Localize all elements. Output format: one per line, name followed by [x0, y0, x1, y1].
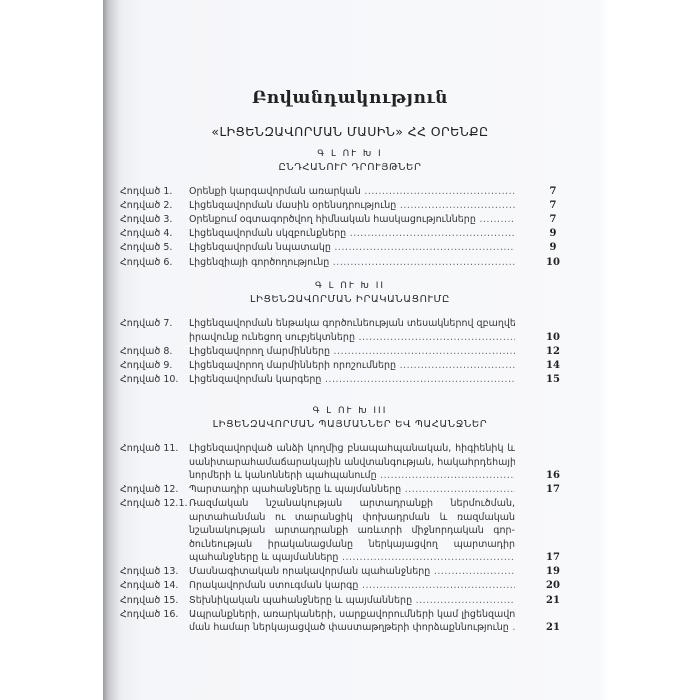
article-title: Որակավորման ստուգման կարգը .............… — [120, 579, 515, 593]
page-number: 9 — [538, 227, 568, 241]
article-title: նորմերի և կանոնների պահպանումը .........… — [120, 469, 515, 483]
dot-leader: ........................................… — [396, 200, 515, 211]
toc-entry[interactable]: Հոդված 2.Լիցենզավորման մասին օրենսդրությ… — [120, 199, 580, 213]
dot-leader: ........................................… — [430, 566, 515, 577]
article-title: Ապրանքների, առարկաների, սարքավորումների … — [120, 608, 515, 622]
article-title: Պարտադիր պահանջները և պայմանները .......… — [120, 483, 515, 497]
toc-entry[interactable]: Հոդված 9.Լիցենզավորող մարմինների որոշում… — [120, 359, 580, 373]
toc-entry[interactable]: Հոդված 12.1.Ռազմական նշանակության արտադր… — [120, 497, 580, 565]
article-title: Տեխնիկական պահանջները և պայմանները .....… — [120, 594, 515, 608]
article-title: Լիցենզավորման ենթակա գործունեության տեսա… — [120, 317, 515, 331]
dot-leader: ........................................… — [509, 622, 515, 633]
toc-entry[interactable]: Հոդված 8.Լիցենզավորող մարմինները .......… — [120, 345, 580, 359]
page-number: 15 — [538, 373, 568, 387]
article-title: Օրենքի կարգավորման առարկան .............… — [120, 185, 515, 199]
article-title: Լիցենզավորման նպատակը ..................… — [120, 241, 515, 255]
article-title: Լիցենզավորված անձի կողմից բնապահպանական,… — [120, 442, 515, 456]
law-title: «ԼԻՑԵՆԶԱՎՈՐՄԱՆ ՄԱՍԻՆ» ՀՀ ՕՐԵՆՔԸ — [120, 124, 580, 139]
article-title: ման համար ներկայացված փաստաթղթերի փորձաք… — [120, 621, 515, 635]
toc-entry[interactable]: Հոդված 4.Լիցենզավորման սկզբունքները ....… — [120, 227, 580, 241]
page-number: 12 — [538, 345, 568, 359]
chapter-name: ԸՆԴՀԱՆՈՒՐ ԴՐՈՒՅԹՆԵՐ — [120, 161, 580, 174]
article-title: Լիցենզավորման սկզբունքները .............… — [120, 227, 515, 241]
page-number: 17 — [538, 551, 568, 565]
dot-leader: ........................................… — [329, 257, 515, 268]
toc-entry[interactable]: Հոդված 6.Լիցենզիայի գործողությունը .....… — [120, 256, 580, 270]
page-number: 7 — [538, 213, 568, 227]
toc-entry[interactable]: Հոդված 12.Պարտադիր պահանջները և պայմաննե… — [120, 483, 580, 497]
article-title: Լիցենզավորման մասին օրենսդրությունը ....… — [120, 199, 515, 213]
page-number: 9 — [538, 241, 568, 255]
article-title: Ռազմական նշանակության արտադրանքի ներմուծ… — [120, 497, 515, 511]
dot-leader: ........................................… — [412, 595, 515, 606]
dot-leader: ........................................… — [396, 360, 515, 371]
article-title: Օրենքում օգտագործվող հիմնական հասկացությ… — [120, 213, 515, 227]
article-title: Լիցենզավորման կարգերը ..................… — [120, 373, 515, 387]
article-title: սանիտարահամաճարակային անվտանգության, հակ… — [120, 456, 515, 470]
dot-leader: ........................................… — [361, 186, 515, 197]
page-number: 21 — [538, 594, 568, 608]
dot-leader: ........................................… — [321, 374, 515, 385]
page-number: 7 — [538, 185, 568, 199]
article-title: Մասնագիտական որակավորման պահանջները ....… — [120, 565, 515, 579]
chapter-number: Գ Լ ՈՒ Խ III — [120, 405, 580, 418]
article-title: նշանակության արտադրանքի առևտրի միջնորդակ… — [120, 524, 515, 538]
page-number: 10 — [538, 256, 568, 270]
chapter-number: Գ Լ ՈՒ Խ II — [120, 280, 580, 293]
toc-entry[interactable]: Հոդված 13.Մասնագիտական որակավորման պահան… — [120, 565, 580, 579]
chapter-name: ԼԻՑԵՆԶԱՎՈՐՄԱՆ ՊԱՅՄԱՆՆԵՐ ԵՎ ՊԱՀԱՆՋՆԵՐ — [120, 418, 580, 431]
toc-entry[interactable]: Հոդված 11.Լիցենզավորված անձի կողմից բնապ… — [120, 442, 580, 483]
dot-leader: ........................................… — [377, 470, 515, 481]
toc-entry[interactable]: Հոդված 15.Տեխնիկական պահանջները և պայման… — [120, 594, 580, 608]
dot-leader: ........................................… — [346, 228, 515, 239]
article-title: Լիցենզիայի գործողությունը ..............… — [120, 256, 515, 270]
chapter-heading: Գ Լ ՈՒ Խ IIIԼԻՑԵՆԶԱՎՈՐՄԱՆ ՊԱՅՄԱՆՆԵՐ ԵՎ Պ… — [120, 405, 580, 431]
page-number: 20 — [538, 579, 568, 593]
article-title: արտահանման ու տարանցիկ փոխադրման և ռազմա… — [120, 511, 515, 525]
page-number: 10 — [538, 331, 568, 345]
chapter-heading: Գ Լ ՈՒ Խ IIԼԻՑԵՆԶԱՎՈՐՄԱՆ ԻՐԱԿԱՆԱՑՈՒՄԸ — [120, 280, 580, 306]
page-number: 21 — [538, 621, 568, 635]
page-number: 19 — [538, 565, 568, 579]
toc-entry[interactable]: Հոդված 3.Օրենքում օգտագործվող հիմնական հ… — [120, 213, 580, 227]
dot-leader: ........................................… — [476, 214, 515, 225]
article-title: ծունեության իրականացմանը ներկայացվող պար… — [120, 538, 515, 552]
toc-entry[interactable]: Հոդված 5.Լիցենզավորման նպատակը .........… — [120, 241, 580, 255]
article-title: պահանջները և պայմանները ................… — [120, 551, 515, 565]
chapter-name: ԼԻՑԵՆԶԱՎՈՐՄԱՆ ԻՐԱԿԱՆԱՑՈՒՄԸ — [120, 293, 580, 306]
chapter-heading: Գ Լ ՈՒ Խ IԸՆԴՀԱՆՈՒՐ ԴՐՈՒՅԹՆԵՐ — [120, 148, 580, 174]
article-title: Լիցենզավորող մարմինները ................… — [120, 345, 515, 359]
dot-leader: ........................................… — [330, 346, 515, 357]
article-title: իրավունք ունեցող սուբյեկտները ..........… — [120, 331, 515, 345]
page-number: 14 — [538, 359, 568, 373]
dot-leader: ........................................… — [355, 332, 515, 343]
article-title: Լիցենզավորող մարմինների որոշումները ....… — [120, 359, 515, 373]
toc-entry[interactable]: Հոդված 14.Որակավորման ստուգման կարգը ...… — [120, 579, 580, 593]
chapter-number: Գ Լ ՈՒ Խ I — [120, 148, 580, 161]
page-number: 17 — [538, 483, 568, 497]
document-page: Բովանդակություն «ԼԻՑԵՆԶԱՎՈՐՄԱՆ ՄԱՍԻՆ» ՀՀ… — [103, 0, 600, 700]
toc-entry[interactable]: Հոդված 16.Ապրանքների, առարկաների, սարքավ… — [120, 608, 580, 635]
toc-entry[interactable]: Հոդված 1.Օրենքի կարգավորման առարկան ....… — [120, 185, 580, 199]
page-number: 16 — [538, 469, 568, 483]
toc-entry[interactable]: Հոդված 7.Լիցենզավորման ենթակա գործունեու… — [120, 317, 580, 344]
toc-title: Բովանդակություն — [120, 88, 580, 108]
page-edge — [600, 0, 608, 700]
dot-leader: ........................................… — [358, 580, 515, 591]
page-number: 7 — [538, 199, 568, 213]
dot-leader: ........................................… — [331, 242, 515, 253]
dot-leader: ........................................… — [401, 484, 515, 495]
dot-leader: ........................................… — [338, 552, 515, 563]
toc-entry[interactable]: Հոդված 10.Լիցենզավորման կարգերը ........… — [120, 373, 580, 387]
